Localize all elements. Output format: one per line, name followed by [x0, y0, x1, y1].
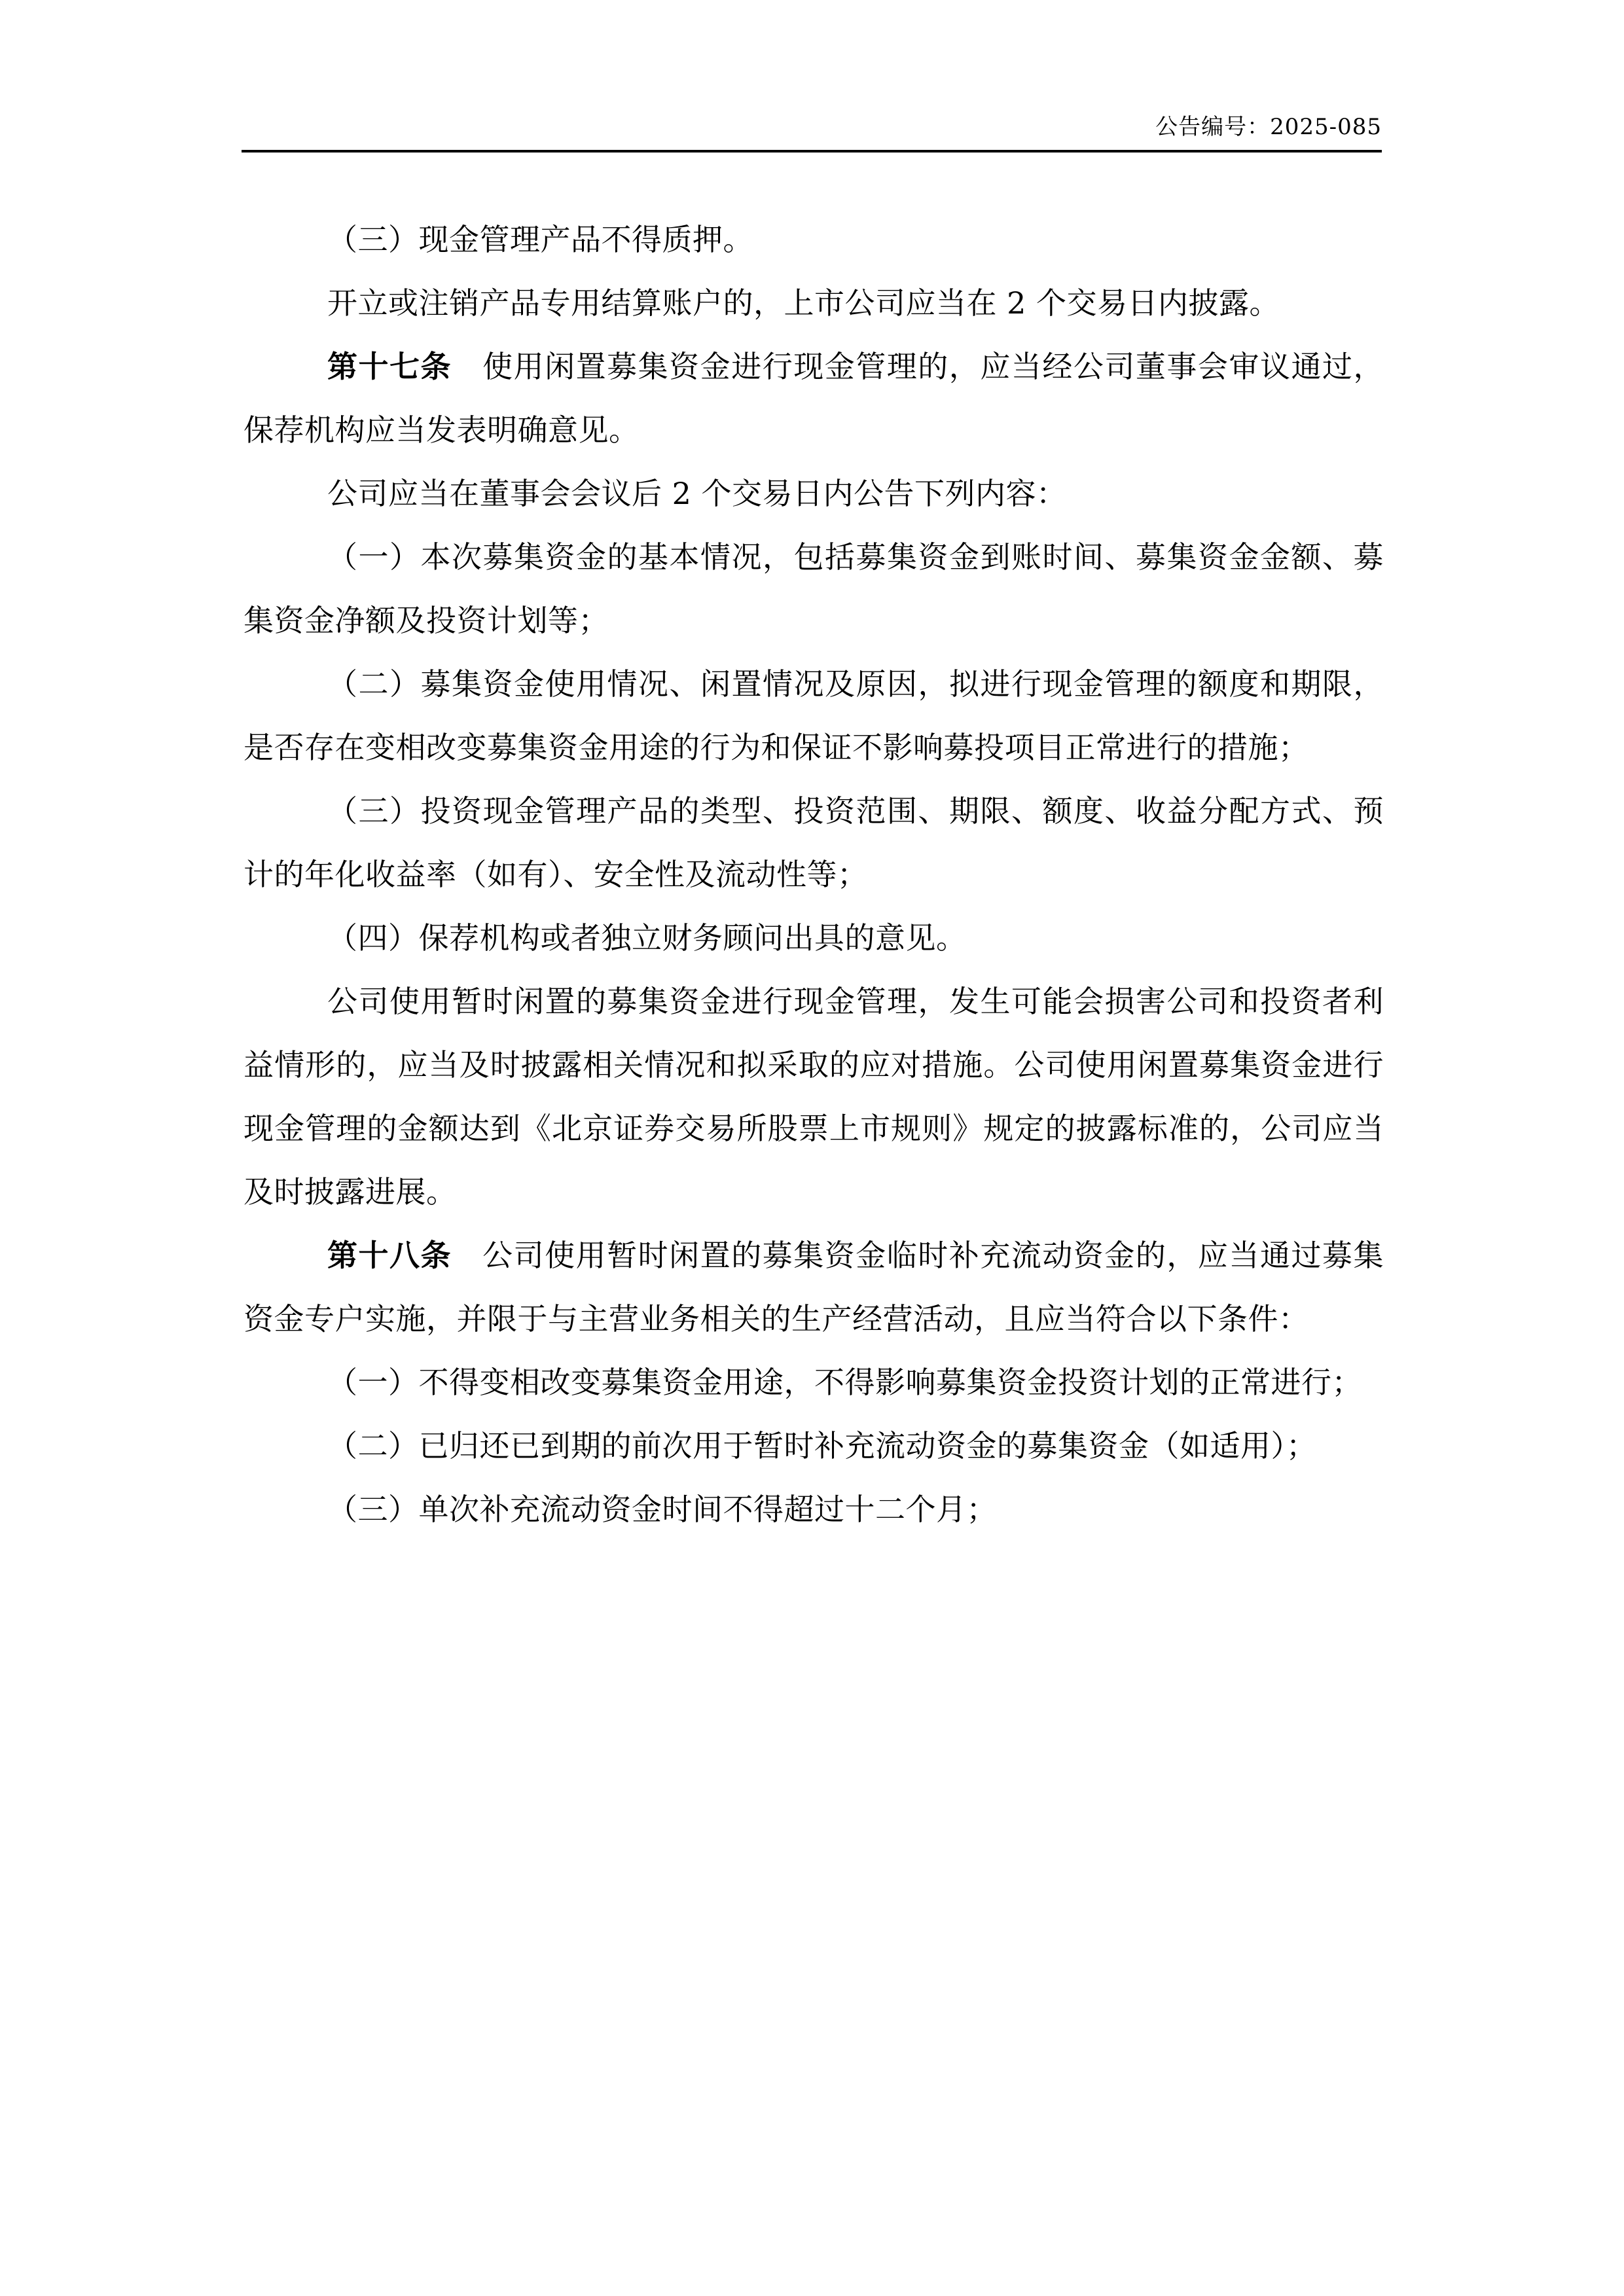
paragraph-text: （四）保荐机构或者独立财务顾问出具的意见。: [327, 920, 967, 956]
article-heading: 第十八条: [327, 1238, 452, 1273]
list-item: （二）已归还已到期的前次用于暂时补充流动资金的募集资金（如适用）；: [244, 1414, 1384, 1478]
paragraph-text: （三）现金管理产品不得质押。: [327, 222, 753, 257]
list-item: （二）募集资金使用情况、闲置情况及原因，拟进行现金管理的额度和期限，是否存在变相…: [244, 653, 1384, 780]
paragraph-text: （二）募集资金使用情况、闲置情况及原因，拟进行现金管理的额度和期限，是否存在变相…: [244, 666, 1384, 765]
paragraph-text: 开立或注销产品专用结算账户的，上市公司应当在 2 个交易日内披露。: [327, 285, 1280, 321]
paragraph-text: 公司使用暂时闲置的募集资金进行现金管理，发生可能会损害公司和投资者利益情形的，应…: [244, 984, 1384, 1210]
paragraph-text: （三）投资现金管理产品的类型、投资范围、期限、额度、收益分配方式、预计的年化收益…: [244, 793, 1384, 892]
paragraph: 公司应当在董事会会议后 2 个交易日内公告下列内容：: [244, 462, 1384, 526]
paragraph-text: （二）已归还已到期的前次用于暂时补充流动资金的募集资金（如适用）；: [327, 1428, 1317, 1463]
announcement-number: 公告编号：2025-085: [1155, 113, 1382, 141]
list-item: （一）不得变相改变募集资金用途，不得影响募集资金投资计划的正常进行；: [244, 1351, 1384, 1414]
list-item: （三）现金管理产品不得质押。: [244, 208, 1384, 272]
paragraph: 开立或注销产品专用结算账户的，上市公司应当在 2 个交易日内披露。: [244, 272, 1384, 335]
list-item: （三）投资现金管理产品的类型、投资范围、期限、额度、收益分配方式、预计的年化收益…: [244, 780, 1384, 906]
article-17: 第十七条使用闲置募集资金进行现金管理的，应当经公司董事会审议通过，保荐机构应当发…: [244, 335, 1384, 462]
list-item: （一）本次募集资金的基本情况，包括募集资金到账时间、募集资金金额、募集资金净额及…: [244, 526, 1384, 653]
paragraph: 公司使用暂时闲置的募集资金进行现金管理，发生可能会损害公司和投资者利益情形的，应…: [244, 970, 1384, 1224]
paragraph-text: 公司应当在董事会会议后 2 个交易日内公告下列内容：: [327, 476, 1067, 511]
paragraph-text: （三）单次补充流动资金时间不得超过十二个月；: [327, 1492, 997, 1527]
document-body: （三）现金管理产品不得质押。 开立或注销产品专用结算账户的，上市公司应当在 2 …: [244, 208, 1384, 1541]
header-divider: [242, 150, 1382, 152]
article-18: 第十八条公司使用暂时闲置的募集资金临时补充流动资金的，应当通过募集资金专户实施，…: [244, 1224, 1384, 1351]
page-header: 公告编号：2025-085: [242, 113, 1382, 153]
article-heading: 第十七条: [327, 349, 452, 384]
list-item: （三）单次补充流动资金时间不得超过十二个月；: [244, 1478, 1384, 1541]
paragraph-text: （一）本次募集资金的基本情况，包括募集资金到账时间、募集资金金额、募集资金净额及…: [244, 539, 1384, 638]
paragraph-text: （一）不得变相改变募集资金用途，不得影响募集资金投资计划的正常进行；: [327, 1365, 1362, 1400]
list-item: （四）保荐机构或者独立财务顾问出具的意见。: [244, 906, 1384, 970]
